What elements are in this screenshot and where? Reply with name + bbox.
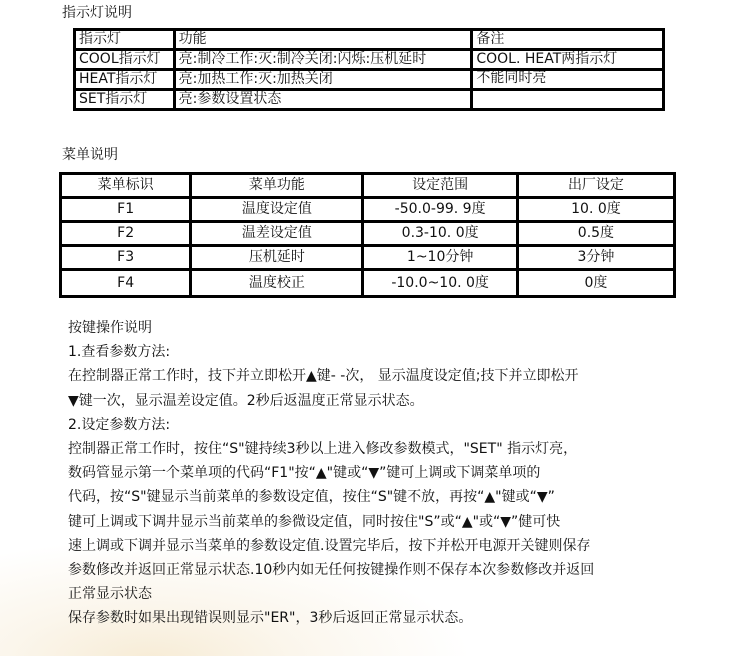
table-cell: F3 [61,246,191,270]
table-row: F3 压机延时 1~10分钟 3分钟 [61,246,675,270]
menu-table: 菜单标识 菜单功能 设定范围 出厂设定 F1 温度设定值 -50.0-99. 9… [59,172,676,298]
table-cell: -50.0-99. 9度 [363,198,517,222]
table-cell: 1~10分钟 [363,246,517,270]
table-cell: COOL. HEAT两指示灯 [472,50,664,70]
header-cell: 出厂设定 [517,174,674,198]
header-cell: 指示灯 [75,30,175,50]
table-cell: -10.0~10. 0度 [363,270,517,297]
table-cell: 0.3-10. 0度 [363,222,517,246]
paragraph-line: 速上调或下调并显示当菜单的参数设定值.设置完毕后，按下并松开电源开关键则保存 [68,534,688,558]
paragraph-line: 控制器正常工作时，按住“S"键持续3秒以上进入修改参数模式，"SET" 指示灯亮… [68,437,688,461]
table-cell: 10. 0度 [517,198,674,222]
header-cell: 设定范围 [363,174,517,198]
key-section-title: 按键操作说明 [68,316,688,340]
table-cell: 亮:加热工作:灭:加热关闭 [174,70,472,90]
paragraph-line: 在控制器正常工作时，技下并立即松开▲键- -次， 显示温度设定值;技下并立即松开 [68,364,688,388]
header-cell: 菜单标识 [61,174,191,198]
menu-section-title: 菜单说明 [62,146,118,164]
table-cell: 温度校正 [191,270,363,297]
indicator-section-title: 指示灯说明 [62,4,132,22]
paragraph-line: 参数修改并返回正常显示状态.10秒内如无任何按键操作则不保存本次参数修改并返回 [68,558,688,582]
header-cell: 菜单功能 [191,174,363,198]
table-row: COOL指示灯 亮:制冷工作:灭:制冷关闭:闪烁:压机延时 COOL. HEAT… [75,50,664,70]
indicator-table: 指示灯 功能 备注 COOL指示灯 亮:制冷工作:灭:制冷关闭:闪烁:压机延时 … [73,28,665,111]
table-cell: SET指示灯 [75,90,175,110]
table-row: F4 温度校正 -10.0~10. 0度 0度 [61,270,675,297]
table-cell: 温差设定值 [191,222,363,246]
table-cell [472,90,664,110]
header-cell: 备注 [472,30,664,50]
table-cell: 压机延时 [191,246,363,270]
paragraph-line: ▼键一次，显示温差设定值。2秒后返温度正常显示状态。 [68,389,688,413]
table-cell: 不能同时亮 [472,70,664,90]
table-cell: HEAT指示灯 [75,70,175,90]
key-operation-section: 按键操作说明 1.查看参数方法: 在控制器正常工作时，技下并立即松开▲键- -次… [68,316,688,631]
table-header-row: 指示灯 功能 备注 [75,30,664,50]
table-cell: F4 [61,270,191,297]
paragraph-line: 1.查看参数方法: [68,340,688,364]
paragraph-line: 键可上调或下调井显示当前菜单的参微设定值，同时按住"S”或“▲"或“▼”健可快 [68,510,688,534]
table-row: F1 温度设定值 -50.0-99. 9度 10. 0度 [61,198,675,222]
table-row: F2 温差设定值 0.3-10. 0度 0.5度 [61,222,675,246]
paragraph-line: 正常显示状态 [68,582,688,606]
table-cell: F2 [61,222,191,246]
table-cell: COOL指示灯 [75,50,175,70]
table-cell: 3分钟 [517,246,674,270]
table-cell: 温度设定值 [191,198,363,222]
table-row: HEAT指示灯 亮:加热工作:灭:加热关闭 不能同时亮 [75,70,664,90]
table-cell: F1 [61,198,191,222]
table-cell: 亮:参数设置状态 [174,90,472,110]
paragraph-line: 保存参数时如果出现错误则显示"ER"，3秒后返回正常显示状态。 [68,606,688,630]
paragraph-line: 2.设定参数方法: [68,413,688,437]
table-cell: 0度 [517,270,674,297]
table-cell: 0.5度 [517,222,674,246]
header-cell: 功能 [174,30,472,50]
paragraph-line: 代码，按“S"键显示当前菜单的参数设定值，按住“S"键不放，再按“▲"键或“▼” [68,485,688,509]
table-row: SET指示灯 亮:参数设置状态 [75,90,664,110]
table-cell: 亮:制冷工作:灭:制冷关闭:闪烁:压机延时 [174,50,472,70]
table-header-row: 菜单标识 菜单功能 设定范围 出厂设定 [61,174,675,198]
paragraph-line: 数码管显示第一个菜单项的代码“F1"按“▲"键或“▼”键可上调或下调菜单项的 [68,461,688,485]
